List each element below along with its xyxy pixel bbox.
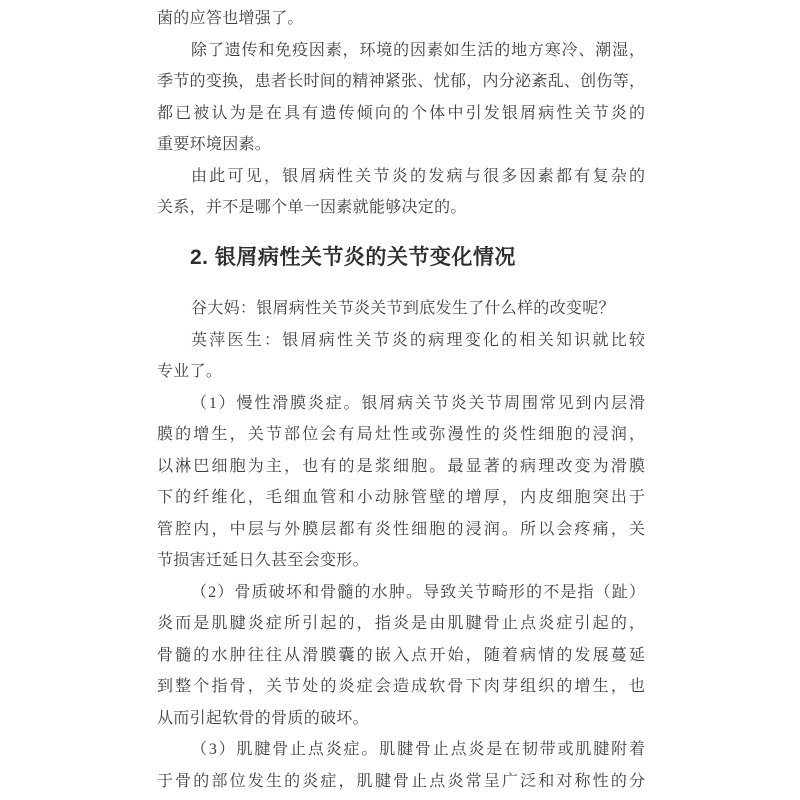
body-line: 以淋巴细胞为主，也有的是浆细胞。最显著的病理改变为滑膜	[157, 451, 645, 483]
body-line: 膜的增生，关节部位会有局灶性或弥漫性的炎性细胞的浸润，	[157, 419, 645, 451]
section-heading: 2. 银屑病性关节炎的关节变化情况	[157, 240, 645, 276]
body-line: 重要环境因素。	[157, 129, 645, 161]
body-line: （3）肌腱骨止点炎症。肌腱骨止点炎是在韧带或肌腱附着	[157, 734, 645, 766]
body-line: 从而引起软骨的骨质的破坏。	[157, 703, 645, 735]
body-line: 季节的变换，患者长时间的精神紧张、忧郁，内分泌紊乱、创伤等，	[157, 66, 645, 98]
body-line: 除了遗传和免疫因素，环境的因素如生活的地方寒冷、潮湿，	[157, 35, 645, 67]
body-line: 英萍医生：银屑病性关节炎的病理变化的相关知识就比较	[157, 325, 645, 357]
body-line: 菌的应答也增强了。	[157, 3, 645, 35]
body-line: 骨髓的水肿往往从滑膜囊的嵌入点开始，随着病情的发展蔓延	[157, 640, 645, 672]
text-column: 菌的应答也增强了。 除了遗传和免疫因素，环境的因素如生活的地方寒冷、潮湿， 季节…	[157, 0, 645, 797]
body-line: 专业了。	[157, 356, 645, 388]
body-line: 下的纤维化，毛细血管和小动脉管壁的增厚，内皮细胞突出于	[157, 482, 645, 514]
body-line: （1）慢性滑膜炎症。银屑病关节炎关节周围常见到内层滑	[157, 388, 645, 420]
document-page: { "page": { "background_color": "#ffffff…	[0, 0, 800, 800]
body-line: 谷大妈：银屑病性关节炎关节到底发生了什么样的改变呢？	[157, 293, 645, 325]
body-line: 于骨的部位发生的炎症，肌腱骨止点炎常呈广泛和对称性的分	[157, 766, 645, 798]
body-line: 由此可见，银屑病性关节炎的发病与很多因素都有复杂的	[157, 161, 645, 193]
body-line: 到整个指骨，关节处的炎症会造成软骨下肉芽组织的增生，也	[157, 671, 645, 703]
body-line: 炎而是肌腱炎症所引起的，指炎是由肌腱骨止点炎症引起的，	[157, 608, 645, 640]
body-line: 管腔内，中层与外膜层都有炎性细胞的浸润。所以会疼痛，关	[157, 514, 645, 546]
body-line: 都已被认为是在具有遗传倾向的个体中引发银屑病性关节炎的	[157, 98, 645, 130]
body-line: 节损害迁延日久甚至会变形。	[157, 545, 645, 577]
body-line: （2）骨质破坏和骨髓的水肿。导致关节畸形的不是指（趾）	[157, 577, 645, 609]
body-line: 关系，并不是哪个单一因素就能够决定的。	[157, 192, 645, 224]
